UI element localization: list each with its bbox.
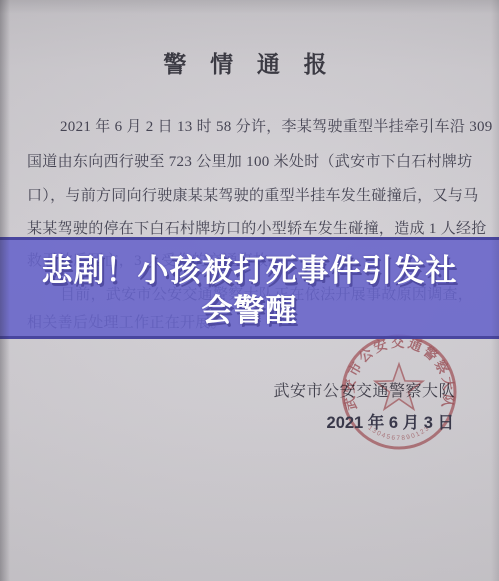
issue-date: 2021 年 6 月 3 日 <box>327 409 454 433</box>
notice-title: 警 情 通 报 <box>0 46 499 79</box>
body-line: 某某驾驶的停在下白石村牌坊口的小型轿车发生碰撞，造成 1 人经抢 <box>27 217 487 238</box>
photographed-police-notice: 警 情 通 报 2021 年 6 月 2 日 13 时 58 分许，李某驾驶重型… <box>0 0 499 581</box>
official-seal: 武安市公安交通警察大队 1304567890123 <box>337 330 461 454</box>
caption-overlay: 悲剧！小孩被打死事件引发社 会警醒 <box>0 237 499 339</box>
caption-line-2: 会警醒 <box>0 291 499 331</box>
body-line: 口），与前方同向行驶康某某驾驶的重型半挂车发生碰撞后，又与马 <box>27 184 487 205</box>
body-line: 2021 年 6 月 2 日 13 时 58 分许，李某驾驶重型半挂牵引车沿 3… <box>27 115 499 136</box>
body-line: 国道由东向西行驶至 723 公里加 100 米处时（武安市下白石村牌坊 <box>27 150 487 171</box>
caption-line-1: 悲剧！小孩被打死事件引发社 <box>0 251 499 291</box>
seal-star-icon <box>375 364 423 409</box>
